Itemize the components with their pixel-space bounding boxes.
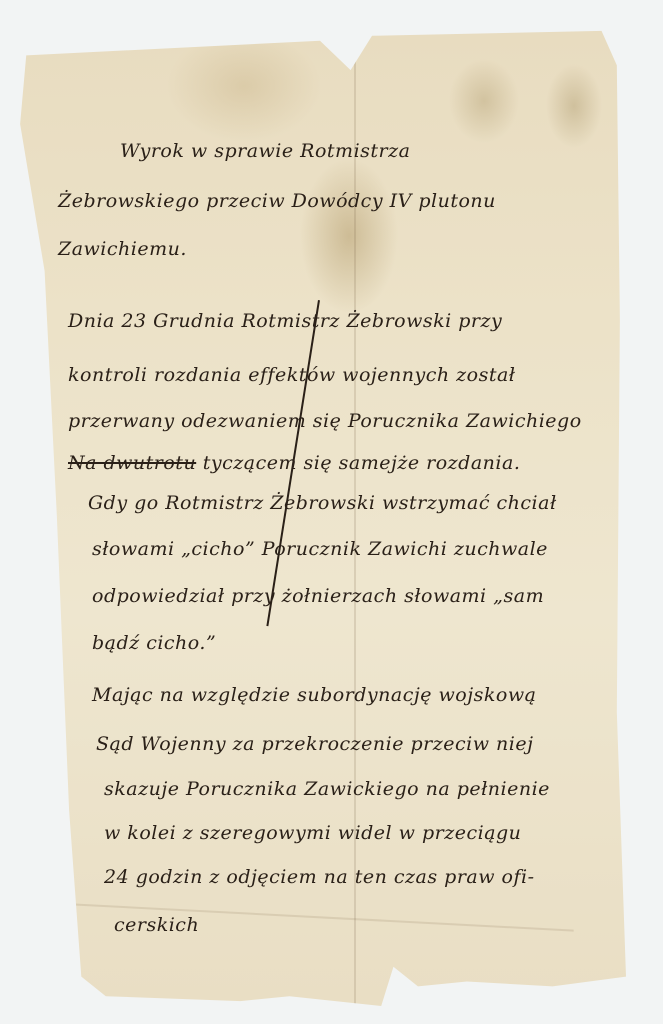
- title-line-3: Zawichiemu.: [58, 238, 187, 260]
- body-line-5: Gdy go Rotmistrz Żebrowski wstrzymać chc…: [88, 492, 557, 514]
- body-line-9: Mając na względzie subordynację wojskową: [92, 684, 536, 706]
- struck-out-text: Na dwutrotu: [68, 452, 196, 474]
- body-line-10: Sąd Wojenny za przekroczenie przeciw nie…: [96, 733, 533, 755]
- title-line-1: Wyrok w sprawie Rotmistrza: [120, 140, 410, 162]
- body-line-1: Dnia 23 Grudnia Rotmistrz Żebrowski przy: [68, 310, 502, 332]
- aged-paper-sheet: [14, 26, 626, 1006]
- body-line-13: 24 godzin z odjęciem na ten czas praw of…: [104, 866, 535, 888]
- vertical-fold-crease: [354, 26, 356, 1006]
- body-line-2: kontroli rozdania effektów wojennych zos…: [68, 364, 515, 386]
- body-line-12: w kolei z szeregowymi widel w przeciągu: [104, 822, 521, 844]
- body-line-6: słowami „cicho” Porucznik Zawichi zuchwa…: [92, 538, 548, 560]
- title-line-2: Żebrowskiego przeciw Dowódcy IV plutonu: [58, 190, 496, 212]
- body-line-11: skazuje Porucznika Zawickiego na pełnien…: [104, 778, 550, 800]
- body-line-4: Na dwutrotu tyczącem się samejże rozdani…: [68, 452, 520, 474]
- body-line-7: odpowiedział przy żołnierzach słowami „s…: [92, 585, 544, 607]
- body-line-3: przerwany odezwaniem się Porucznika Zawi…: [68, 410, 582, 432]
- body-line-4-text: tyczącem się samejże rozdania.: [196, 452, 520, 474]
- body-line-14: cerskich: [114, 914, 199, 936]
- body-line-8: bądź cicho.”: [92, 632, 216, 654]
